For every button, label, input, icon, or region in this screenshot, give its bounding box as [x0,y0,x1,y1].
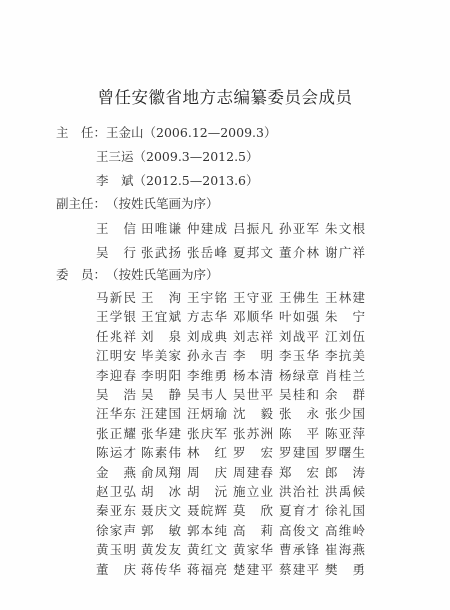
person-name: 方志华 [187,309,227,325]
person-name: 黄发友 [141,542,181,558]
person-name: 王学银 [96,309,136,325]
person-name: 孙永吉 [187,348,227,364]
person-name: 张岳峰 [187,245,227,261]
person-name: 吴 浩 [96,387,136,403]
person-name: 刘战平 [279,329,319,345]
person-name: 张华建 [141,426,181,442]
person-name: 黄红文 [187,542,227,558]
director-term: （2012.5—2013.6） [134,173,259,188]
director-line-1: 主 任：王金山（2006.12—2009.3） [56,125,276,141]
person-name: 李维勇 [187,368,227,384]
person-name: 胡 冰 [141,484,181,500]
person-name: 田唯谦 [141,221,181,237]
person-name: 王宇铭 [187,290,227,306]
person-name: 楚建平 [233,562,273,578]
person-name: 樊 勇 [325,562,365,578]
person-name: 吴 静 [141,387,181,403]
director-term: （2009.3—2012.5） [134,149,259,164]
person-name: 王佛生 [279,290,319,306]
members-label: 委 员： [56,267,106,283]
person-name: 余 群 [325,387,365,403]
person-name: 张苏洲 [233,426,273,442]
person-name: 李迎春 [96,368,136,384]
person-name: 吴韦人 [187,387,227,403]
person-name: 张庆军 [187,426,227,442]
person-name: 胡 沅 [187,484,227,500]
person-name: 肖桂兰 [325,368,365,384]
person-name: 陈 平 [279,426,319,442]
person-name: 孙亚军 [279,221,319,237]
person-name: 杨本清 [233,368,273,384]
person-name: 汪华东 [96,406,136,422]
director-term: （2006.12—2009.3） [144,125,277,140]
person-name: 黄家华 [233,542,273,558]
person-name: 邓顺华 [233,309,273,325]
person-name: 高维岭 [325,523,365,539]
director-name: 李 斌 [96,173,134,188]
person-name: 徐礼国 [325,503,365,519]
person-name: 林 红 [187,445,227,461]
person-name: 吴世平 [233,387,273,403]
person-name: 朱 宁 [325,309,365,325]
person-name: 施立业 [233,484,273,500]
deputy-directors-label: 副主任： [56,196,106,212]
page-title: 曾任安徽省地方志编纂委员会成员 [0,84,450,108]
person-name: 蔡建平 [279,562,319,578]
director-name: 王金山 [106,125,144,140]
person-name: 汪建国 [141,406,181,422]
person-name: 罗曙生 [325,445,365,461]
person-name: 吴桂和 [279,387,319,403]
person-name: 莫 欣 [233,503,273,519]
director-label: 主 任： [56,125,106,141]
person-name: 李明阳 [141,368,181,384]
person-name: 李玉华 [279,348,319,364]
person-name: 朱文根 [325,221,365,237]
person-name: 谢广祥 [325,245,365,261]
person-name: 叶如强 [279,309,319,325]
person-name: 王 信 [96,221,136,237]
person-name: 吴 行 [96,245,136,261]
person-name: 周建春 [233,465,273,481]
person-name: 洪禹候 [325,484,365,500]
person-name: 李抗美 [325,348,365,364]
person-name: 曹承锋 [279,542,319,558]
person-name: 张 永 [279,406,319,422]
person-name: 赵卫弘 [96,484,136,500]
person-name: 张武扬 [141,245,181,261]
deputy-directors-note: （按姓氏笔画为序） [106,196,219,211]
person-name: 陈亚萍 [325,426,365,442]
person-name: 张少国 [325,406,365,422]
person-name: 仲建成 [187,221,227,237]
person-name: 陈运才 [96,445,136,461]
director-name: 王三运 [96,149,134,164]
deputy-directors-heading: 副主任：（按姓氏笔画为序） [56,196,219,212]
person-name: 夏育才 [279,503,319,519]
person-name: 王 洵 [141,290,181,306]
person-name: 陈素伟 [141,445,181,461]
person-name: 王林建 [325,290,365,306]
person-name: 周 庆 [187,465,227,481]
members-note: （按姓氏笔画为序） [106,267,219,282]
person-name: 蒋福亮 [187,562,227,578]
person-name: 李 明 [233,348,273,364]
person-name: 郑 宏 [279,465,319,481]
person-name: 马新民 [96,290,136,306]
person-name: 金 燕 [96,465,136,481]
person-name: 王宜斌 [141,309,181,325]
person-name: 郭本纯 [187,523,227,539]
person-name: 江刘伍 [325,329,365,345]
person-name: 秦亚东 [96,503,136,519]
person-name: 毕美家 [141,348,181,364]
person-name: 郎 涛 [325,465,365,481]
person-name: 夏邦文 [233,245,273,261]
director-line-2: 王三运（2009.3—2012.5） [96,149,259,165]
person-name: 董 庆 [96,562,136,578]
person-name: 刘 泉 [141,329,181,345]
person-name: 罗 宏 [233,445,273,461]
person-name: 罗建国 [279,445,319,461]
person-name: 黄玉明 [96,542,136,558]
person-name: 蒋传华 [141,562,181,578]
person-name: 任兆祥 [96,329,136,345]
person-name: 江明安 [96,348,136,364]
director-line-3: 李 斌（2012.5—2013.6） [96,173,259,189]
person-name: 高 莉 [233,523,273,539]
person-name: 汪炳瑜 [187,406,227,422]
person-name: 俞凤翔 [141,465,181,481]
person-name: 王守亚 [233,290,273,306]
person-name: 刘志祥 [233,329,273,345]
person-name: 杨绿章 [279,368,319,384]
person-name: 洪治社 [279,484,319,500]
members-heading: 委 员：（按姓氏笔画为序） [56,267,219,283]
person-name: 郭 敏 [141,523,181,539]
person-name: 吕振凡 [233,221,273,237]
person-name: 高俊文 [279,523,319,539]
person-name: 沈 毅 [233,406,273,422]
person-name: 董介林 [279,245,319,261]
person-name: 聂皖辉 [187,503,227,519]
person-name: 聂庆文 [141,503,181,519]
person-name: 刘成典 [187,329,227,345]
document-page: 曾任安徽省地方志编纂委员会成员 主 任：王金山（2006.12—2009.3） … [0,0,450,610]
person-name: 崔海燕 [325,542,365,558]
person-name: 张正耀 [96,426,136,442]
person-name: 徐家声 [96,523,136,539]
